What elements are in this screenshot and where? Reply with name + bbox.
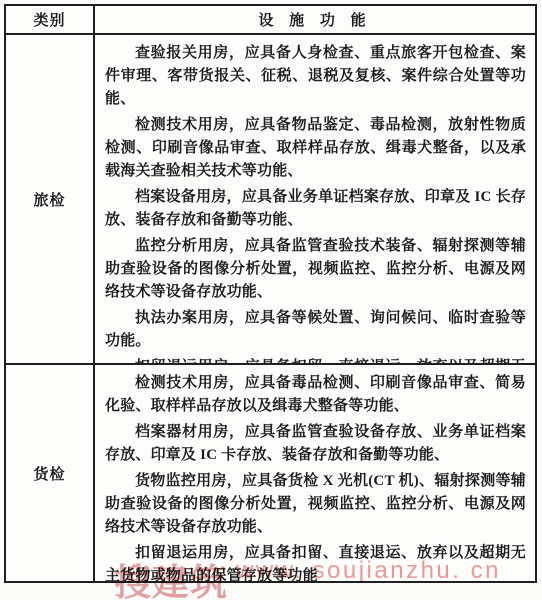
facility-cell-travel-inspection: 查验报关用房，应具备人身检查、重点旅客开包检查、案件审理、客带货报关、征税、退税… (95, 33, 535, 363)
facility-function-table: 类别 设 施 功 能 旅检 查验报关用房，应具备人身检查、重点旅客开包检查、案件… (4, 4, 537, 583)
facility-paragraph: 监控分析用房，应具备监管查验技术装备、辐射探测等辅助查验设备的图像分析处置，视频… (105, 235, 526, 304)
facility-cell-cargo-inspection: 检测技术用房，应具备毒品检测、印刷音像品审查、简易化验、取样样品存放以及缉毒犬整… (95, 363, 535, 581)
category-cell-travel-inspection: 旅检 (6, 33, 95, 363)
document-page: 类别 设 施 功 能 旅检 查验报关用房，应具备人身检查、重点旅客开包检查、案件… (0, 0, 542, 600)
facility-paragraph: 查验报关用房，应具备人身检查、重点旅客开包检查、案件审理、客带货报关、征税、退税… (105, 42, 526, 111)
category-cell-cargo-inspection: 货检 (6, 363, 95, 581)
header-category: 类别 (6, 6, 95, 33)
facility-paragraph: 检测技术用房，应具备毒品检测、印刷音像品审查、简易化验、取样样品存放以及缉毒犬整… (105, 372, 526, 418)
facility-paragraph: 档案器材用房，应具备监管查验设备存放、业务单证档案存放、印章及 IC 卡存放、装… (105, 421, 526, 467)
header-facility-function: 设 施 功 能 (95, 6, 535, 33)
facility-paragraph: 档案设备用房，应具备业务单证档案存放、印章及 IC 长存放、装备存放和备勤等功能… (105, 186, 526, 232)
facility-paragraph: 货物监控用房，应具备货检 X 光机(CT 机)、辐射探测等辅助查验设备的图像分析… (105, 470, 526, 539)
facility-paragraph: 扣留退运用房，应具备扣留、直接退运、放弃以及超期无主货物或物品的保管存放等功能 (105, 356, 526, 363)
facility-paragraph: 执法办案用房，应具备等候处置、询问候问、临时查验等功能。 (105, 307, 526, 353)
facility-paragraph: 扣留退运用房，应具备扣留、直接退运、放弃以及超期无主货物或物品的保管存放等功能 (105, 542, 526, 581)
facility-paragraph: 检测技术用房，应具备物品鉴定、毒品检测，放射性物质检测、印刷音像品审查、取样样品… (105, 114, 526, 183)
